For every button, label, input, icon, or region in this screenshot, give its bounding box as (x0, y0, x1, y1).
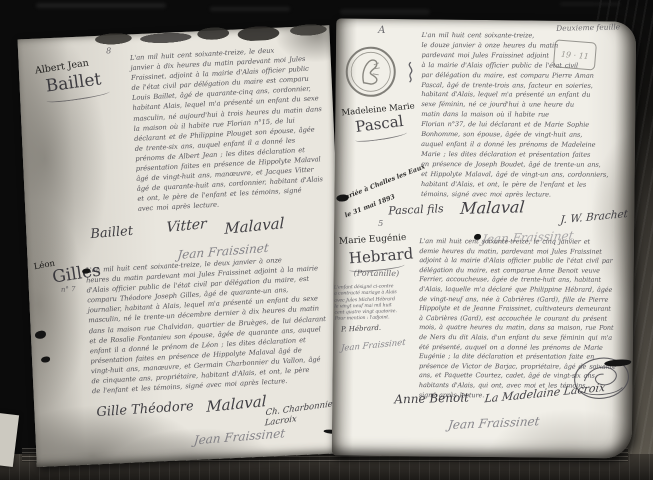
signature-witness: Malaval (206, 392, 266, 416)
paraph-squiggle-icon (402, 61, 420, 83)
official-round-seal-icon (343, 45, 398, 100)
corner-paraph: A (378, 25, 385, 36)
act-number: 8 (106, 46, 111, 55)
scan-streak (560, 2, 620, 6)
left-page: 8 Albert Jean Baillet L'an mil huit cent… (18, 25, 349, 467)
scan-streak (36, 3, 166, 8)
signature-officer: Jean Fraissinet (447, 414, 540, 432)
act-number: 5 (378, 219, 383, 228)
signature-father: Baillet (90, 224, 134, 242)
signature-father: Gille Théodore (96, 399, 194, 420)
signature-witness: Vitter (166, 216, 207, 236)
act-number: n° 7 (61, 285, 76, 294)
act-pascal: Madeleine Marie Pascal Mariée à Challes … (336, 18, 636, 21)
signature-officer: Jean Fraissinet (193, 426, 286, 447)
register-scan: 8 Albert Jean Baillet L'an mil huit cent… (0, 0, 653, 480)
marginal-mention: L'enfant désigné ci-contre a contracté m… (334, 284, 405, 323)
ink-blot (35, 330, 46, 338)
scan-streak (210, 7, 290, 11)
signature-witness: Malaval (224, 214, 284, 238)
signature-father: Pascal fils (388, 202, 444, 217)
mention-signature: P. Hébrard. (341, 324, 381, 334)
margin-note: (Portanille) (354, 269, 400, 278)
signature-witness: Malaval (460, 197, 526, 218)
act-body: L'an mil huit cent soixante-treize, le d… (421, 31, 628, 200)
signature-witness: J. W. Brachet (560, 208, 628, 227)
signature-declarant: Anne Benoit (394, 391, 469, 407)
scan-streak (340, 9, 430, 15)
act-hebrard: 5 Marie Eugénie Hebrard (Portanille) L'e… (336, 18, 636, 21)
act-body: L'an mil huit cent soixante-treize, le d… (130, 43, 338, 215)
signature-officer: Jean Fraissinet (341, 338, 406, 354)
right-page: A Deuxieme feuille 19 · 11 Madeleine Mar… (332, 18, 637, 458)
ink-blot (41, 356, 50, 362)
act-body: L'an mil huit cent soixante-treize, le d… (85, 253, 340, 397)
